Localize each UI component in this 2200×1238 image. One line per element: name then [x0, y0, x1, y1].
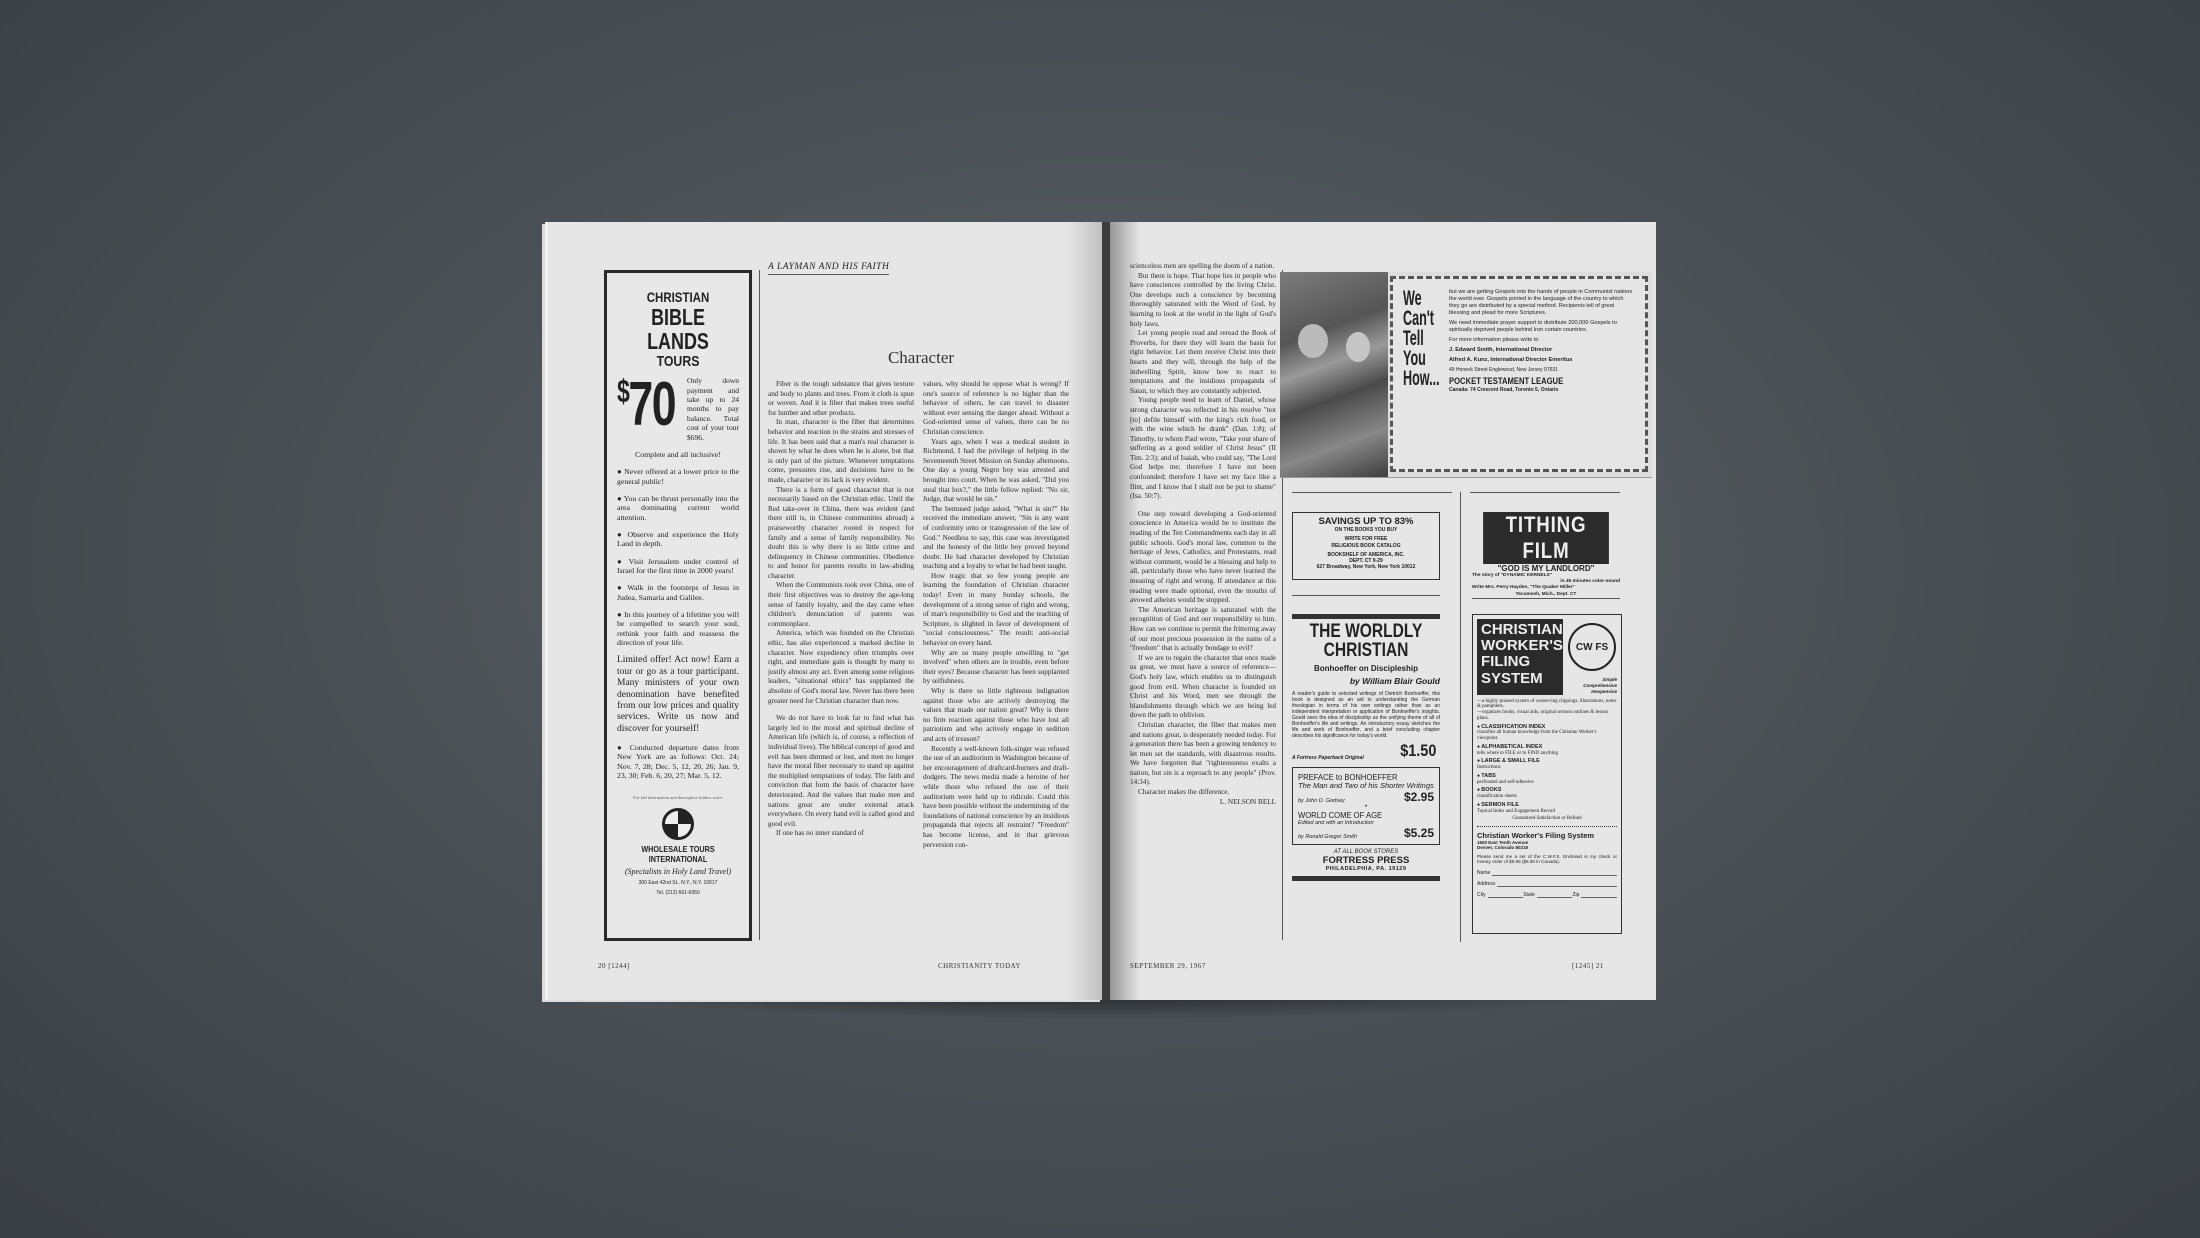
- column-rule: [759, 270, 760, 940]
- worldly-price: $1.50: [1401, 741, 1437, 761]
- savings-title: SAVINGS UP TO 83%: [1293, 516, 1439, 527]
- publisher-city: PHILADELPHIA, PA. 19129: [1292, 866, 1440, 872]
- article-title: Character: [768, 348, 1074, 368]
- ad-line3: TOURS: [628, 353, 728, 370]
- savings-line: ON THE BOOKS YOU BUY: [1293, 527, 1439, 533]
- address-field[interactable]: Address: [1477, 881, 1617, 887]
- company-phone: Tel. (212) 661-6950: [617, 890, 739, 896]
- fortress-original: A Fortress Paperback Original: [1292, 755, 1364, 761]
- ad-fortress-press[interactable]: THE WORLDLY CHRISTIAN Bonhoeffer on Disc…: [1292, 614, 1440, 881]
- pocket-org: POCKET TESTAMENT LEAGUE: [1449, 376, 1607, 387]
- cwfs-body: —a highly praised system of conserving c…: [1477, 699, 1617, 823]
- article-column-3: scienceless men are spelling the doom of…: [1130, 262, 1276, 807]
- article-column-1: Fiber is the tough substance that gives …: [768, 380, 914, 839]
- worldly-subtitle: Bonhoeffer on Discipleship: [1292, 664, 1440, 673]
- publication-name: CHRISTIANITY TODAY: [938, 962, 1021, 970]
- ad-bible-lands-tours[interactable]: CHRISTIAN BIBLE LANDS TOURS $70 Only dow…: [604, 270, 752, 941]
- cwfs-company: Christian Worker's Filing System: [1477, 831, 1617, 840]
- savings-line: 627 Broadway, New York, New York 10012: [1293, 564, 1439, 570]
- bullet: ● You can be thrust personally into the …: [617, 494, 739, 522]
- article-column-2: values, why should he oppose what is wro…: [923, 380, 1069, 850]
- bullet: ● In this journey of a lifetime you will…: [617, 610, 739, 647]
- pocket-headline: We Can't Tell You How...: [1403, 289, 1427, 459]
- tithing-title: TITHING FILM: [1483, 512, 1609, 564]
- tithing-subtitle: "GOD IS MY LANDLORD": [1472, 564, 1620, 573]
- company-name: WHOLESALE TOURS INTERNATIONAL: [626, 844, 730, 864]
- company-address: 300 East 42nd St., N.Y., N.Y. 10017: [617, 880, 739, 886]
- compass-logo-icon: [662, 808, 694, 840]
- departures: ● Conducted departure dates from New Yor…: [617, 743, 739, 780]
- ad-tithing-film[interactable]: TITHING FILM "GOD IS MY LANDLORD" The st…: [1472, 512, 1620, 598]
- savings-line: RELIGIOUS BOOK CATALOG: [1293, 543, 1439, 549]
- ad-christian-workers-filing-system[interactable]: CHRISTIAN WORKER'S FILING SYSTEM CW FS S…: [1472, 614, 1622, 934]
- divider: [1472, 598, 1620, 599]
- book3-title: WORLD COME OF AGE: [1298, 810, 1420, 820]
- pocket-body: but we are getting Gospels into the hand…: [1449, 289, 1635, 459]
- book3-author: by Ronald Gregor Smith: [1298, 834, 1357, 840]
- worldly-body: A reader's guide to selected writings of…: [1292, 691, 1440, 739]
- book2-author: by John D. Godsey: [1298, 798, 1345, 804]
- info-line: For full information and descriptive fol…: [617, 795, 739, 800]
- book2-subtitle: The Man and Two of his Shorter Writings: [1298, 782, 1434, 790]
- left-page: CHRISTIAN BIBLE LANDS TOURS $70 Only dow…: [548, 222, 1106, 1000]
- right-page: scienceless men are spelling the doom of…: [1110, 222, 1656, 1000]
- bullet: ● Observe and experience the Holy Land i…: [617, 530, 739, 549]
- page-number-left: 20 [1244]: [598, 962, 630, 970]
- bullet: ● Visit Jerusalem under control of Israe…: [617, 557, 739, 576]
- inclusive-text: Complete and all inclusive!: [617, 450, 739, 459]
- publisher-name: FORTRESS PRESS: [1292, 855, 1440, 866]
- cwfs-order-text: Please send me a set of the C.W.F.S. Enc…: [1477, 854, 1617, 865]
- book2-price: $2.95: [1404, 790, 1434, 804]
- company-sub: (Specialists in Holy Land Travel): [617, 867, 739, 876]
- column-rule: [1460, 492, 1461, 942]
- book3-price: $5.25: [1404, 826, 1434, 840]
- cwfs-title: CHRISTIAN WORKER'S FILING SYSTEM: [1477, 619, 1563, 695]
- bullet: ● Walk in the footsteps of Jesus in Jude…: [617, 583, 739, 602]
- price-note: Only down payment and take up to 24 mont…: [687, 376, 739, 442]
- ad-line2: BIBLE LANDS: [630, 305, 725, 353]
- cwfs-tagline: Simple Comprehensive Inexpensive: [1567, 677, 1617, 695]
- worldly-title: THE WORLDLY CHRISTIAN: [1305, 622, 1426, 661]
- page-number-right: [1245] 21: [1572, 962, 1604, 970]
- divider: [1470, 492, 1620, 493]
- offer-text: Limited offer! Act now! Earn a tour or g…: [617, 655, 739, 735]
- cwfs-logo-icon: CW FS: [1568, 623, 1616, 671]
- tour-price: $70: [617, 376, 667, 435]
- divider: [1292, 876, 1440, 881]
- magazine-spread: CHRISTIAN BIBLE LANDS TOURS $70 Only dow…: [548, 222, 1656, 1000]
- worldly-author: by William Blair Gould: [1292, 676, 1440, 686]
- photo-women-reading-icon: [1280, 272, 1388, 477]
- bullet: ● Never offered at a lower price to the …: [617, 467, 739, 486]
- divider: [1292, 492, 1452, 493]
- other-books-box: PREFACE to BONHOEFFER The Man and Two of…: [1292, 767, 1440, 845]
- name-field[interactable]: Name: [1477, 870, 1617, 876]
- tithing-line: Tecumseh, Mich., Dept. CT: [1472, 592, 1620, 598]
- ad-bookshelf-savings[interactable]: SAVINGS UP TO 83% ON THE BOOKS YOU BUY W…: [1292, 512, 1440, 580]
- issue-date: SEPTEMBER 29, 1967: [1130, 962, 1206, 970]
- ad-pocket-testament-league[interactable]: We Can't Tell You How... but we are gett…: [1280, 272, 1652, 478]
- coupon-cut-line: [1477, 826, 1617, 827]
- divider: [1292, 595, 1440, 596]
- byline: L. NELSON BELL: [1130, 798, 1276, 808]
- cwfs-address: Denver, Colorado 80218: [1477, 845, 1617, 850]
- ad-line1: CHRISTIAN: [628, 289, 728, 305]
- book2-title: PREFACE to BONHOEFFER: [1298, 772, 1420, 782]
- city-state-zip-field[interactable]: City State Zip: [1477, 892, 1617, 898]
- section-heading: A LAYMAN AND HIS FAITH: [768, 262, 889, 275]
